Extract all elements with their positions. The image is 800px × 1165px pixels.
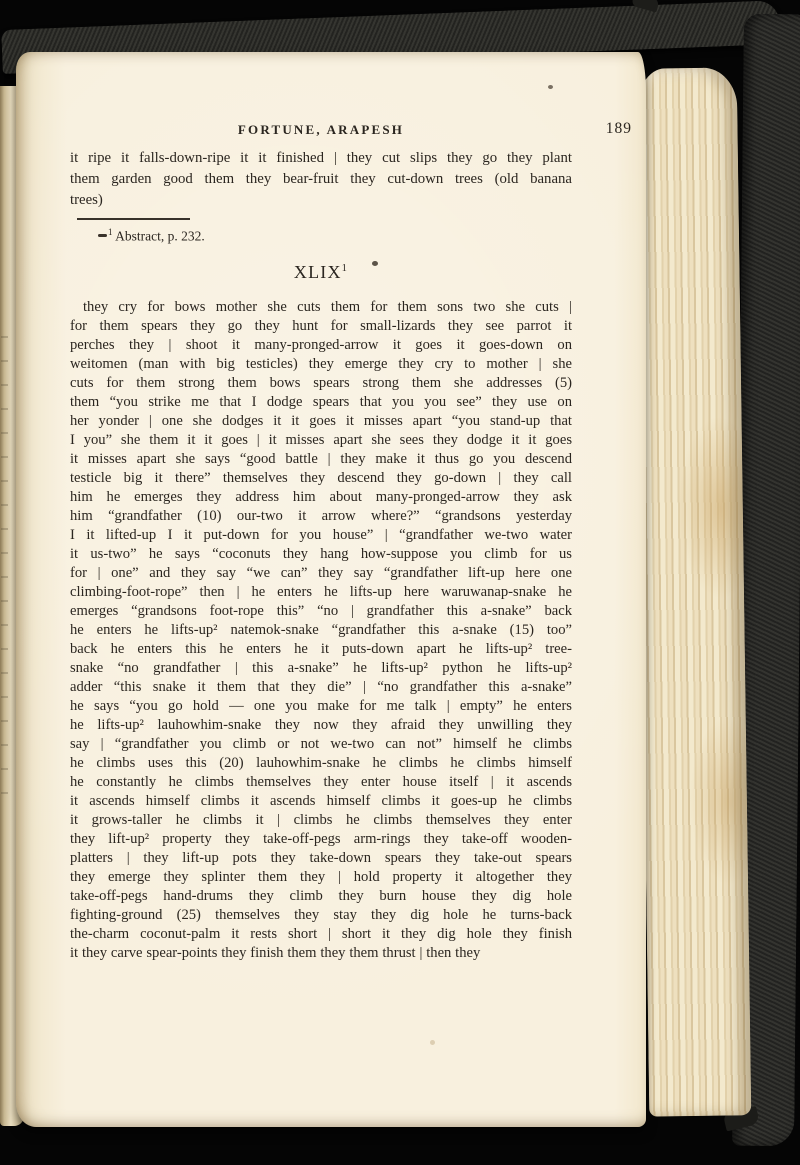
photo-background: FORTUNE, ARAPESH 189 it ripe it falls-do… <box>0 0 800 1165</box>
running-title: FORTUNE, ARAPESH <box>70 122 572 138</box>
footnote-text: Abstract, p. 232. <box>115 229 205 244</box>
text-line: it misses apart she says “good battle | … <box>70 450 572 469</box>
text-line: it they carve spear-points they finish t… <box>70 944 572 963</box>
section-heading: XLIX1 <box>70 262 572 283</box>
text-line: for | one” and they say “we can” they sa… <box>70 564 572 583</box>
section-paragraph: they cry for bows mother she cuts them f… <box>70 298 572 963</box>
text-line: he constantly he climbs themselves they … <box>70 773 572 792</box>
text-line: him “grandfather (10) our-two it arrow w… <box>70 507 572 526</box>
text-line: he enters he lifts-up² natemok-snake “gr… <box>70 621 572 640</box>
text-line: them garden good them they bear-fruit th… <box>70 169 572 190</box>
ink-speck <box>548 85 553 89</box>
text-line: adder “this snake it them that they die”… <box>70 678 572 697</box>
text-line: emerges “grandsons foot-rope this” “no |… <box>70 602 572 621</box>
ink-speck <box>372 261 378 266</box>
text-line: it grows-taller he climbs it | climbs he… <box>70 811 572 830</box>
text-line: testicle big it there” themselves they d… <box>70 469 572 488</box>
section-heading-footnote-marker: 1 <box>342 263 348 274</box>
bleed-text-fragments <box>1 336 8 796</box>
text-line: they emerge they splinter them they | ho… <box>70 868 572 887</box>
paper-blemish <box>430 1040 435 1045</box>
book-page: FORTUNE, ARAPESH 189 it ripe it falls-do… <box>16 52 646 1127</box>
text-line: platters | they lift-up pots they take-d… <box>70 849 572 868</box>
page-edge-stack <box>635 67 752 1116</box>
text-line: trees) <box>70 190 572 211</box>
page-header: FORTUNE, ARAPESH 189 <box>70 122 632 142</box>
text-line: climbing-foot-rope” then | he enters he … <box>70 583 572 602</box>
continuation-paragraph: it ripe it falls-down-ripe it it finishe… <box>70 148 572 211</box>
footnote-marker: 1 <box>108 227 113 237</box>
text-line: he climbs uses this (20) lauhowhim-snake… <box>70 754 572 773</box>
text-line: say | “grandfather you climb or not we-t… <box>70 735 572 754</box>
text-line: weitomen (man with big testicles) they e… <box>70 355 572 374</box>
text-line: I it lifted-up I it put-down for you hou… <box>70 526 572 545</box>
page-number: 189 <box>606 120 632 138</box>
text-line: they lift-up² property they take-off-peg… <box>70 830 572 849</box>
footnote: 1 Abstract, p. 232. <box>98 227 205 245</box>
text-line: I you” she them it it goes | it misses a… <box>70 431 572 450</box>
text-line: her yonder | one she dodges it it goes i… <box>70 412 572 431</box>
text-line: back he enters this he enters he it puts… <box>70 640 572 659</box>
text-line: fighting-ground (25) themselves they sta… <box>70 906 572 925</box>
text-line: it ascends himself climbs it ascends him… <box>70 792 572 811</box>
text-line: it ripe it falls-down-ripe it it finishe… <box>70 148 572 169</box>
text-line: snake “no grandfather | this a-snake” he… <box>70 659 572 678</box>
text-line: them “you strike me that I dodge spears … <box>70 393 572 412</box>
text-line: the-charm coconut-palm it rests short | … <box>70 925 572 944</box>
text-line: for them spears they go they hunt for sm… <box>70 317 572 336</box>
ink-smudge <box>98 234 107 237</box>
text-line: him he emerges they address him about ma… <box>70 488 572 507</box>
section-heading-text: XLIX <box>294 262 342 282</box>
text-line: they cry for bows mother she cuts them f… <box>70 298 572 317</box>
footnote-rule <box>77 218 190 220</box>
text-line: it us-two” he says “coconuts they hang h… <box>70 545 572 564</box>
text-line: perches they | shoot it many-pronged-arr… <box>70 336 572 355</box>
text-line: take-off-pegs hand-drums they climb they… <box>70 887 572 906</box>
text-line: he lifts-up² lauhowhim-snake they now th… <box>70 716 572 735</box>
text-line: he says “you go hold — one you make for … <box>70 697 572 716</box>
text-line: cuts for them strong them bows spears st… <box>70 374 572 393</box>
